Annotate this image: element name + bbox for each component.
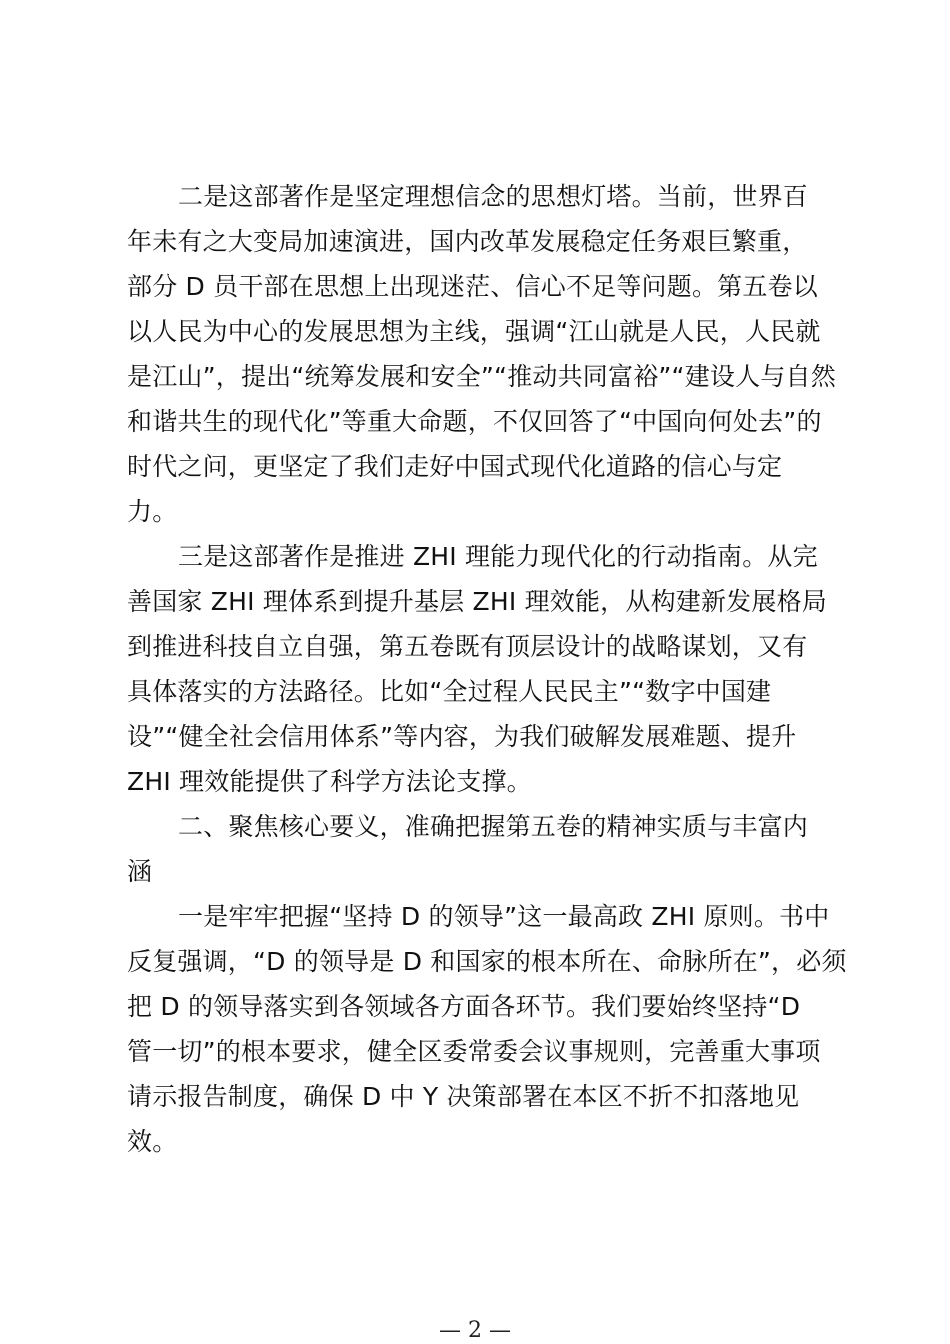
body-text: 二是这部著作是坚定理想信念的思想灯塔。当前，世界百 年未有之大变局加速演进，国内… (127, 174, 837, 1164)
text-line: 到推进科技自立自强，第五卷既有顶层设计的战略谋划，又有 (127, 624, 837, 669)
text-line: 二是这部著作是坚定理想信念的思想灯塔。当前，世界百 (127, 174, 837, 219)
text-line: 效。 (127, 1119, 837, 1164)
text-line: 管一切”的根本要求，健全区委常委会议事规则，完善重大事项 (127, 1029, 837, 1074)
text-line: 设”“健全社会信用体系”等内容，为我们破解发展难题、提升 (127, 714, 837, 759)
text-line: 是江山”，提出“统筹发展和安全”“推动共同富裕”“建设人与自然 (127, 354, 837, 399)
text-line: 以人民为中心的发展思想为主线，强调“江山就是人民，人民就 (127, 309, 837, 354)
text-line: 力。 (127, 489, 837, 534)
text-line: 请示报告制度，确保 D 中 Y 决策部署在本区不折不扣落地见 (127, 1074, 837, 1119)
text-line: 部分 D 员干部在思想上出现迷茫、信心不足等问题。第五卷以 (127, 264, 837, 309)
text-line: 具体落实的方法路径。比如“全过程人民民主”“数字中国建 (127, 669, 837, 714)
paragraph-two-faith: 二是这部著作是坚定理想信念的思想灯塔。当前，世界百 年未有之大变局加速演进，国内… (127, 174, 837, 534)
heading-line: 二、聚焦核心要义，准确把握第五卷的精神实质与丰富内 (127, 804, 837, 849)
text-line: 把 D 的领导落实到各领域各方面各环节。我们要始终坚持“D (127, 984, 837, 1029)
heading-line: 涵 (127, 849, 837, 894)
page-number: — 2 — (0, 1318, 950, 1344)
paragraph-one-leadership: 一是牢牢把握“坚持 D 的领导”这一最高政 ZHI 原则。书中 反复强调，“D … (127, 894, 837, 1164)
document-page: 二是这部著作是坚定理想信念的思想灯塔。当前，世界百 年未有之大变局加速演进，国内… (0, 0, 950, 1344)
paragraph-three-governance: 三是这部著作是推进 ZHI 理能力现代化的行动指南。从完 善国家 ZHI 理体系… (127, 534, 837, 804)
text-line: 和谐共生的现代化”等重大命题，不仅回答了“中国向何处去”的 (127, 399, 837, 444)
section-heading-two: 二、聚焦核心要义，准确把握第五卷的精神实质与丰富内 涵 (127, 804, 837, 894)
text-line: 时代之问，更坚定了我们走好中国式现代化道路的信心与定 (127, 444, 837, 489)
text-line: 年未有之大变局加速演进，国内改革发展稳定任务艰巨繁重， (127, 219, 837, 264)
text-line: 善国家 ZHI 理体系到提升基层 ZHI 理效能，从构建新发展格局 (127, 579, 837, 624)
text-line: 反复强调，“D 的领导是 D 和国家的根本所在、命脉所在”，必须 (127, 939, 837, 984)
text-line: 三是这部著作是推进 ZHI 理能力现代化的行动指南。从完 (127, 534, 837, 579)
text-line: 一是牢牢把握“坚持 D 的领导”这一最高政 ZHI 原则。书中 (127, 894, 837, 939)
text-line: ZHI 理效能提供了科学方法论支撑。 (127, 759, 837, 804)
